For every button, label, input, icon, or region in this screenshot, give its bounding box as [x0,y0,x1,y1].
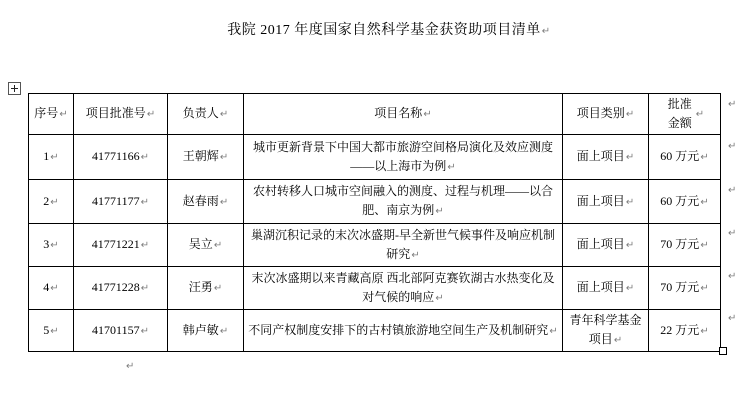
cell-amount[interactable]: 70 万元↵ [649,224,721,267]
cell-pi[interactable]: 吴立↵ [168,224,244,267]
move-cross-vertical [14,85,15,92]
paragraph-mark: ↵ [50,283,58,294]
paragraph-mark: ↵ [700,152,708,163]
table-row: 1↵ 41771166↵ 王朝辉↵ 城市更新背景下中国大都市旅游空间格局演化及效… [29,135,721,180]
cell-amount[interactable]: 60 万元↵ [649,135,721,180]
paragraph-mark: ↵ [626,152,634,163]
cell-amount[interactable]: 70 万元↵ [649,267,721,310]
header-cell-no[interactable]: 序号↵ [29,94,74,135]
cell-grant-no[interactable]: 41771228↵ [74,267,168,310]
cell-category[interactable]: 面上项目↵ [563,180,649,224]
paragraph-mark: ↵ [220,152,228,163]
paragraph-mark: ↵ [214,283,222,294]
paragraph-mark: ↵ [626,240,634,251]
cell-grant-no[interactable]: 41771221↵ [74,224,168,267]
table-row: 5↵ 41701157↵ 韩卢敏↵ 不同产权制度安排下的古村镇旅游地空间生产及机… [29,310,721,352]
document-title-text: 我院 2017 年度国家自然科学基金获资助项目清单 [227,23,541,38]
paragraph-mark: ↵ [542,26,551,37]
cell-project-name[interactable]: 城市更新背景下中国大都市旅游空间格局演化及效应测度——以上海市为例↵ [244,135,563,180]
cell-project-name[interactable]: 末次冰盛期以来青藏高原 西北部阿克赛钦湖古水热变化及对气候的响应↵ [244,267,563,310]
row-end-mark: ↵ [728,99,736,110]
row-end-mark: ↵ [728,271,736,282]
paragraph-mark: ↵ [50,152,58,163]
table-row: 4↵ 41771228↵ 汪勇↵ 末次冰盛期以来青藏高原 西北部阿克赛钦湖古水热… [29,267,721,310]
cell-amount[interactable]: 60 万元↵ [649,180,721,224]
paragraph-mark: ↵ [447,162,455,173]
paragraph-mark: ↵ [50,197,58,208]
paragraph-mark: ↵ [141,240,149,251]
table-row: 3↵ 41771221↵ 吴立↵ 巢湖沉积记录的末次冰盛期-早全新世气候事件及响… [29,224,721,267]
header-cell-category[interactable]: 项目类别↵ [563,94,649,135]
table-resize-handle-icon[interactable] [719,347,727,355]
paragraph-mark: ↵ [141,326,149,337]
paragraph-mark: ↵ [147,109,155,120]
table-row: 2↵ 41771177↵ 赵春雨↵ 农村转移人口城市空间融入的测度、过程与机理—… [29,180,721,224]
header-cell-amount[interactable]: 批准金额↵ [649,94,721,135]
paragraph-mark: ↵ [700,283,708,294]
paragraph-mark: ↵ [50,240,58,251]
cell-amount[interactable]: 22 万元↵ [649,310,721,352]
cell-project-name[interactable]: 农村转移人口城市空间融入的测度、过程与机理——以合肥、南京为例↵ [244,180,563,224]
cell-category[interactable]: 面上项目↵ [563,224,649,267]
paragraph-mark: ↵ [700,326,708,337]
paragraph-mark: ↵ [626,197,634,208]
paragraph-mark: ↵ [220,109,228,120]
cell-pi[interactable]: 王朝辉↵ [168,135,244,180]
paragraph-mark: ↵ [435,293,443,304]
paragraph-mark: ↵ [435,206,443,217]
paragraph-mark: ↵ [141,197,149,208]
cell-no[interactable]: 4↵ [29,267,74,310]
paragraph-mark: ↵ [696,109,704,120]
cell-category[interactable]: 面上项目↵ [563,267,649,310]
row-end-mark: ↵ [728,141,736,152]
paragraph-mark: ↵ [126,361,134,372]
cell-no[interactable]: 1↵ [29,135,74,180]
cell-pi[interactable]: 汪勇↵ [168,267,244,310]
cell-category[interactable]: 面上项目↵ [563,135,649,180]
cell-no[interactable]: 5↵ [29,310,74,352]
cell-no[interactable]: 3↵ [29,224,74,267]
cell-no[interactable]: 2↵ [29,180,74,224]
paragraph-mark: ↵ [626,283,634,294]
paragraph-mark: ↵ [214,240,222,251]
cell-project-name[interactable]: 巢湖沉积记录的末次冰盛期-早全新世气候事件及响应机制研究↵ [244,224,563,267]
header-cell-grant-no[interactable]: 项目批准号↵ [74,94,168,135]
paragraph-mark: ↵ [700,240,708,251]
cell-category[interactable]: 青年科学基金项目↵ [563,310,649,352]
cell-grant-no[interactable]: 41771177↵ [74,180,168,224]
cell-pi[interactable]: 韩卢敏↵ [168,310,244,352]
paragraph-mark: ↵ [220,197,228,208]
funded-projects-table: 序号↵ 项目批准号↵ 负责人↵ 项目名称↵ 项目类别↵ 批准金额↵ 1↵ 417… [28,93,721,352]
document-title[interactable]: 我院 2017 年度国家自然科学基金获资助项目清单↵ [0,22,752,40]
paragraph-mark: ↵ [141,152,149,163]
paragraph-mark: ↵ [614,335,622,346]
cell-grant-no[interactable]: 41771166↵ [74,135,168,180]
header-cell-pi[interactable]: 负责人↵ [168,94,244,135]
cell-pi[interactable]: 赵春雨↵ [168,180,244,224]
cell-grant-no[interactable]: 41701157↵ [74,310,168,352]
paragraph-mark: ↵ [549,326,557,337]
paragraph-mark: ↵ [59,109,67,120]
cell-project-name[interactable]: 不同产权制度安排下的古村镇旅游地空间生产及机制研究↵ [244,310,563,352]
table-header-row: 序号↵ 项目批准号↵ 负责人↵ 项目名称↵ 项目类别↵ 批准金额↵ [29,94,721,135]
paragraph-mark: ↵ [626,109,634,120]
table-move-handle-icon[interactable] [8,82,21,95]
row-end-mark: ↵ [728,185,736,196]
paragraph-mark: ↵ [141,283,149,294]
paragraph-mark: ↵ [423,109,431,120]
paragraph-mark: ↵ [50,326,58,337]
paragraph-mark: ↵ [220,326,228,337]
paragraph-mark: ↵ [411,250,419,261]
paragraph-mark: ↵ [700,197,708,208]
row-end-mark: ↵ [728,313,736,324]
row-end-mark: ↵ [728,228,736,239]
header-cell-project-name[interactable]: 项目名称↵ [244,94,563,135]
